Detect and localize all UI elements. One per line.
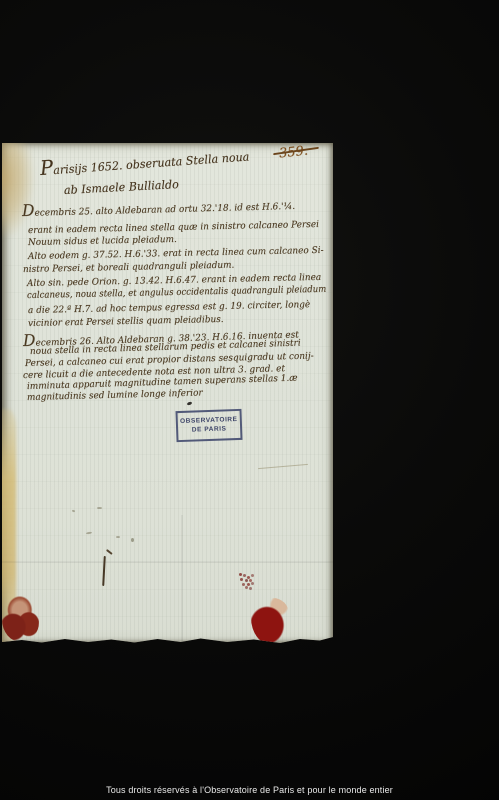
manuscript-line: magnitudinis sed lumine longe inferior [27, 388, 203, 403]
manuscript-title-line: Parisijs 1652. obseruata Stella noua [39, 143, 250, 180]
ink-flick-mark [106, 549, 112, 554]
wax-seal-left [2, 595, 39, 642]
photo-background: 359. Parisijs 1652. obseruata Stella nou… [0, 0, 499, 800]
manuscript-line: Nouum sidus et lucida pleiadum. [28, 235, 177, 249]
manuscript-title-line: ab Ismaele Bullialdo [64, 178, 179, 197]
ink-stroke-mark [102, 556, 106, 586]
ink-speck [97, 507, 102, 509]
manuscript-line: Decembris 25. alto Aldebaran ad ortu 32.… [22, 195, 295, 221]
ink-speck [131, 538, 134, 542]
copyright-caption: Tous droits réservés à l'Observatoire de… [0, 785, 499, 796]
paper-crease-horizontal [2, 561, 333, 563]
paper-crease-vertical [181, 515, 183, 644]
wax-seal-right [251, 598, 289, 644]
ink-speck [72, 510, 76, 513]
manuscript-page: 359. Parisijs 1652. obseruata Stella nou… [2, 143, 333, 644]
ink-speck [86, 532, 92, 535]
stamp-line1: OBSERVATOIRE [180, 416, 238, 426]
observatoire-de-paris-stamp: OBSERVATOIRE DE PARIS [175, 409, 242, 442]
paper-scratch-mark [258, 464, 308, 469]
ink-dot [187, 401, 193, 406]
stamp-line2: DE PARIS [192, 425, 227, 434]
ink-speck [116, 536, 120, 538]
wax-seal-speckle [239, 573, 242, 576]
